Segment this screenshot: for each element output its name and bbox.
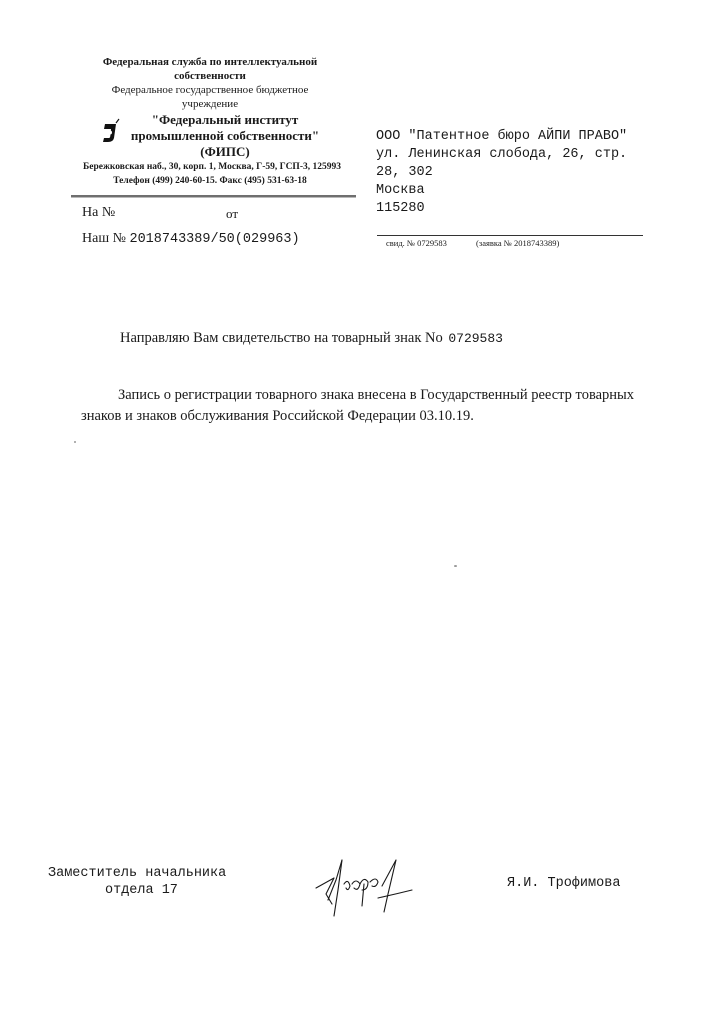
- from-date-label: от: [226, 206, 238, 221]
- letterhead-divider: [71, 195, 356, 198]
- letterhead-institution-type-cont: учреждение: [60, 98, 360, 110]
- body-paragraph-2-line-1: Запись о регистрации товарного знака вне…: [118, 387, 634, 404]
- application-reference: (заявка № 2018743389): [476, 238, 559, 248]
- body-paragraph-1-text: Направляю Вам свидетельство на товарный …: [120, 330, 443, 346]
- our-reference-value: 2018743389/50(029963): [129, 232, 299, 247]
- from-date: от: [226, 206, 238, 222]
- signatory-position: Заместитель начальника: [48, 866, 226, 881]
- fips-logo-icon: [101, 118, 121, 144]
- body-paragraph-1: Направляю Вам свидетельство на товарный …: [120, 330, 503, 347]
- letterhead-agency-cont: собственности: [60, 70, 360, 82]
- our-reference: Наш № 2018743389/50(029963): [82, 231, 300, 247]
- their-reference: На №: [82, 205, 115, 221]
- scan-artifact: [454, 565, 457, 567]
- recipient-building: 28, 302: [376, 164, 627, 182]
- signatory-name: Я.И. Трофимова: [507, 876, 620, 891]
- handwritten-signature-icon: [312, 850, 432, 930]
- trademark-number: 0729583: [448, 331, 503, 346]
- certificate-reference: свид. № 0729583: [386, 238, 447, 248]
- letterhead-phone: Телефон (499) 240-60-15. Факс (495) 531-…: [60, 176, 360, 186]
- recipient-company: ООО "Патентное бюро АЙПИ ПРАВО": [376, 128, 627, 146]
- scan-artifact: [74, 441, 76, 443]
- recipient-postcode: 115280: [376, 200, 627, 218]
- recipient-address: ООО "Патентное бюро АЙПИ ПРАВО" ул. Лени…: [376, 128, 627, 218]
- recipient-city: Москва: [376, 182, 627, 200]
- letterhead-abbreviation: (ФИПС): [75, 144, 375, 160]
- recipient-divider: [377, 235, 643, 236]
- their-reference-label: На №: [82, 205, 115, 220]
- body-paragraph-2-line-2: знаков и знаков обслуживания Российской …: [81, 408, 474, 425]
- letterhead-address: Бережковская наб., 30, корп. 1, Москва, …: [57, 162, 367, 172]
- signatory-department: отдела 17: [105, 883, 178, 898]
- letterhead-institution-type: Федеральное государственное бюджетное: [60, 84, 360, 96]
- letterhead-agency: Федеральная служба по интеллектуальной: [60, 56, 360, 68]
- our-reference-label: Наш №: [82, 231, 126, 246]
- recipient-street: ул. Ленинская слобода, 26, стр.: [376, 146, 627, 164]
